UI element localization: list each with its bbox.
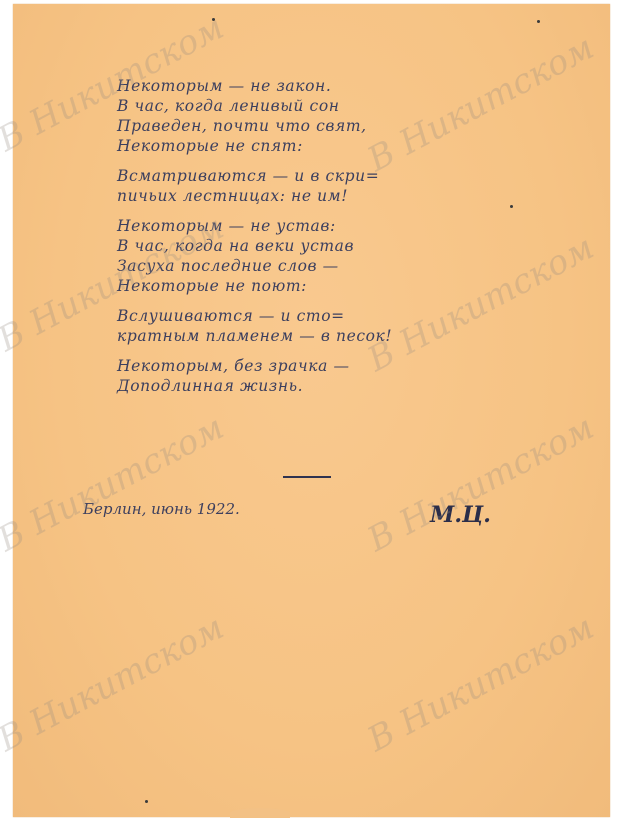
poem-line: В час, когда на веки устав: [117, 236, 517, 256]
stanza-4: Вслушиваются — и сто= кратным пламенем —…: [117, 306, 517, 346]
paper-edge-notch: [230, 808, 290, 818]
closing-rule: [283, 476, 331, 478]
dateline: Берлин, июнь 1922.: [83, 500, 240, 518]
poem-line: Вслушиваются — и сто=: [117, 306, 517, 326]
stanza-5: Некоторым, без зрачка — Доподлинная жизн…: [117, 356, 517, 396]
poem-line: Некоторые не спят:: [117, 136, 517, 156]
poem-line: кратным пламенем — в песок!: [117, 326, 517, 346]
poem-line: пичьих лестницах: не им!: [117, 186, 517, 206]
poem-line: В час, когда ленивый сон: [117, 96, 517, 116]
poem-line: Некоторые не поют:: [117, 276, 517, 296]
poem-line: Доподлинная жизнь.: [117, 376, 517, 396]
poem-line: Некоторым — не закон.: [117, 76, 517, 96]
stanza-3: Некоторым — не устав: В час, когда на ве…: [117, 216, 517, 296]
paper-speck: [212, 18, 215, 21]
poem-line: Всматриваются — и в скри=: [117, 166, 517, 186]
signature: М.Ц.: [430, 502, 491, 528]
poem-line: Некоторым, без зрачка —: [117, 356, 517, 376]
paper-speck: [510, 205, 513, 208]
poem-line: Праведен, почти что свят,: [117, 116, 517, 136]
poem-line: Некоторым — не устав:: [117, 216, 517, 236]
poem-text: Некоторым — не закон. В час, когда ленив…: [117, 76, 517, 406]
paper-speck: [537, 20, 540, 23]
poem-line: Засуха последние слов —: [117, 256, 517, 276]
stanza-1: Некоторым — не закон. В час, когда ленив…: [117, 76, 517, 156]
paper-speck: [145, 800, 148, 803]
stanza-2: Всматриваются — и в скри= пичьих лестниц…: [117, 166, 517, 206]
